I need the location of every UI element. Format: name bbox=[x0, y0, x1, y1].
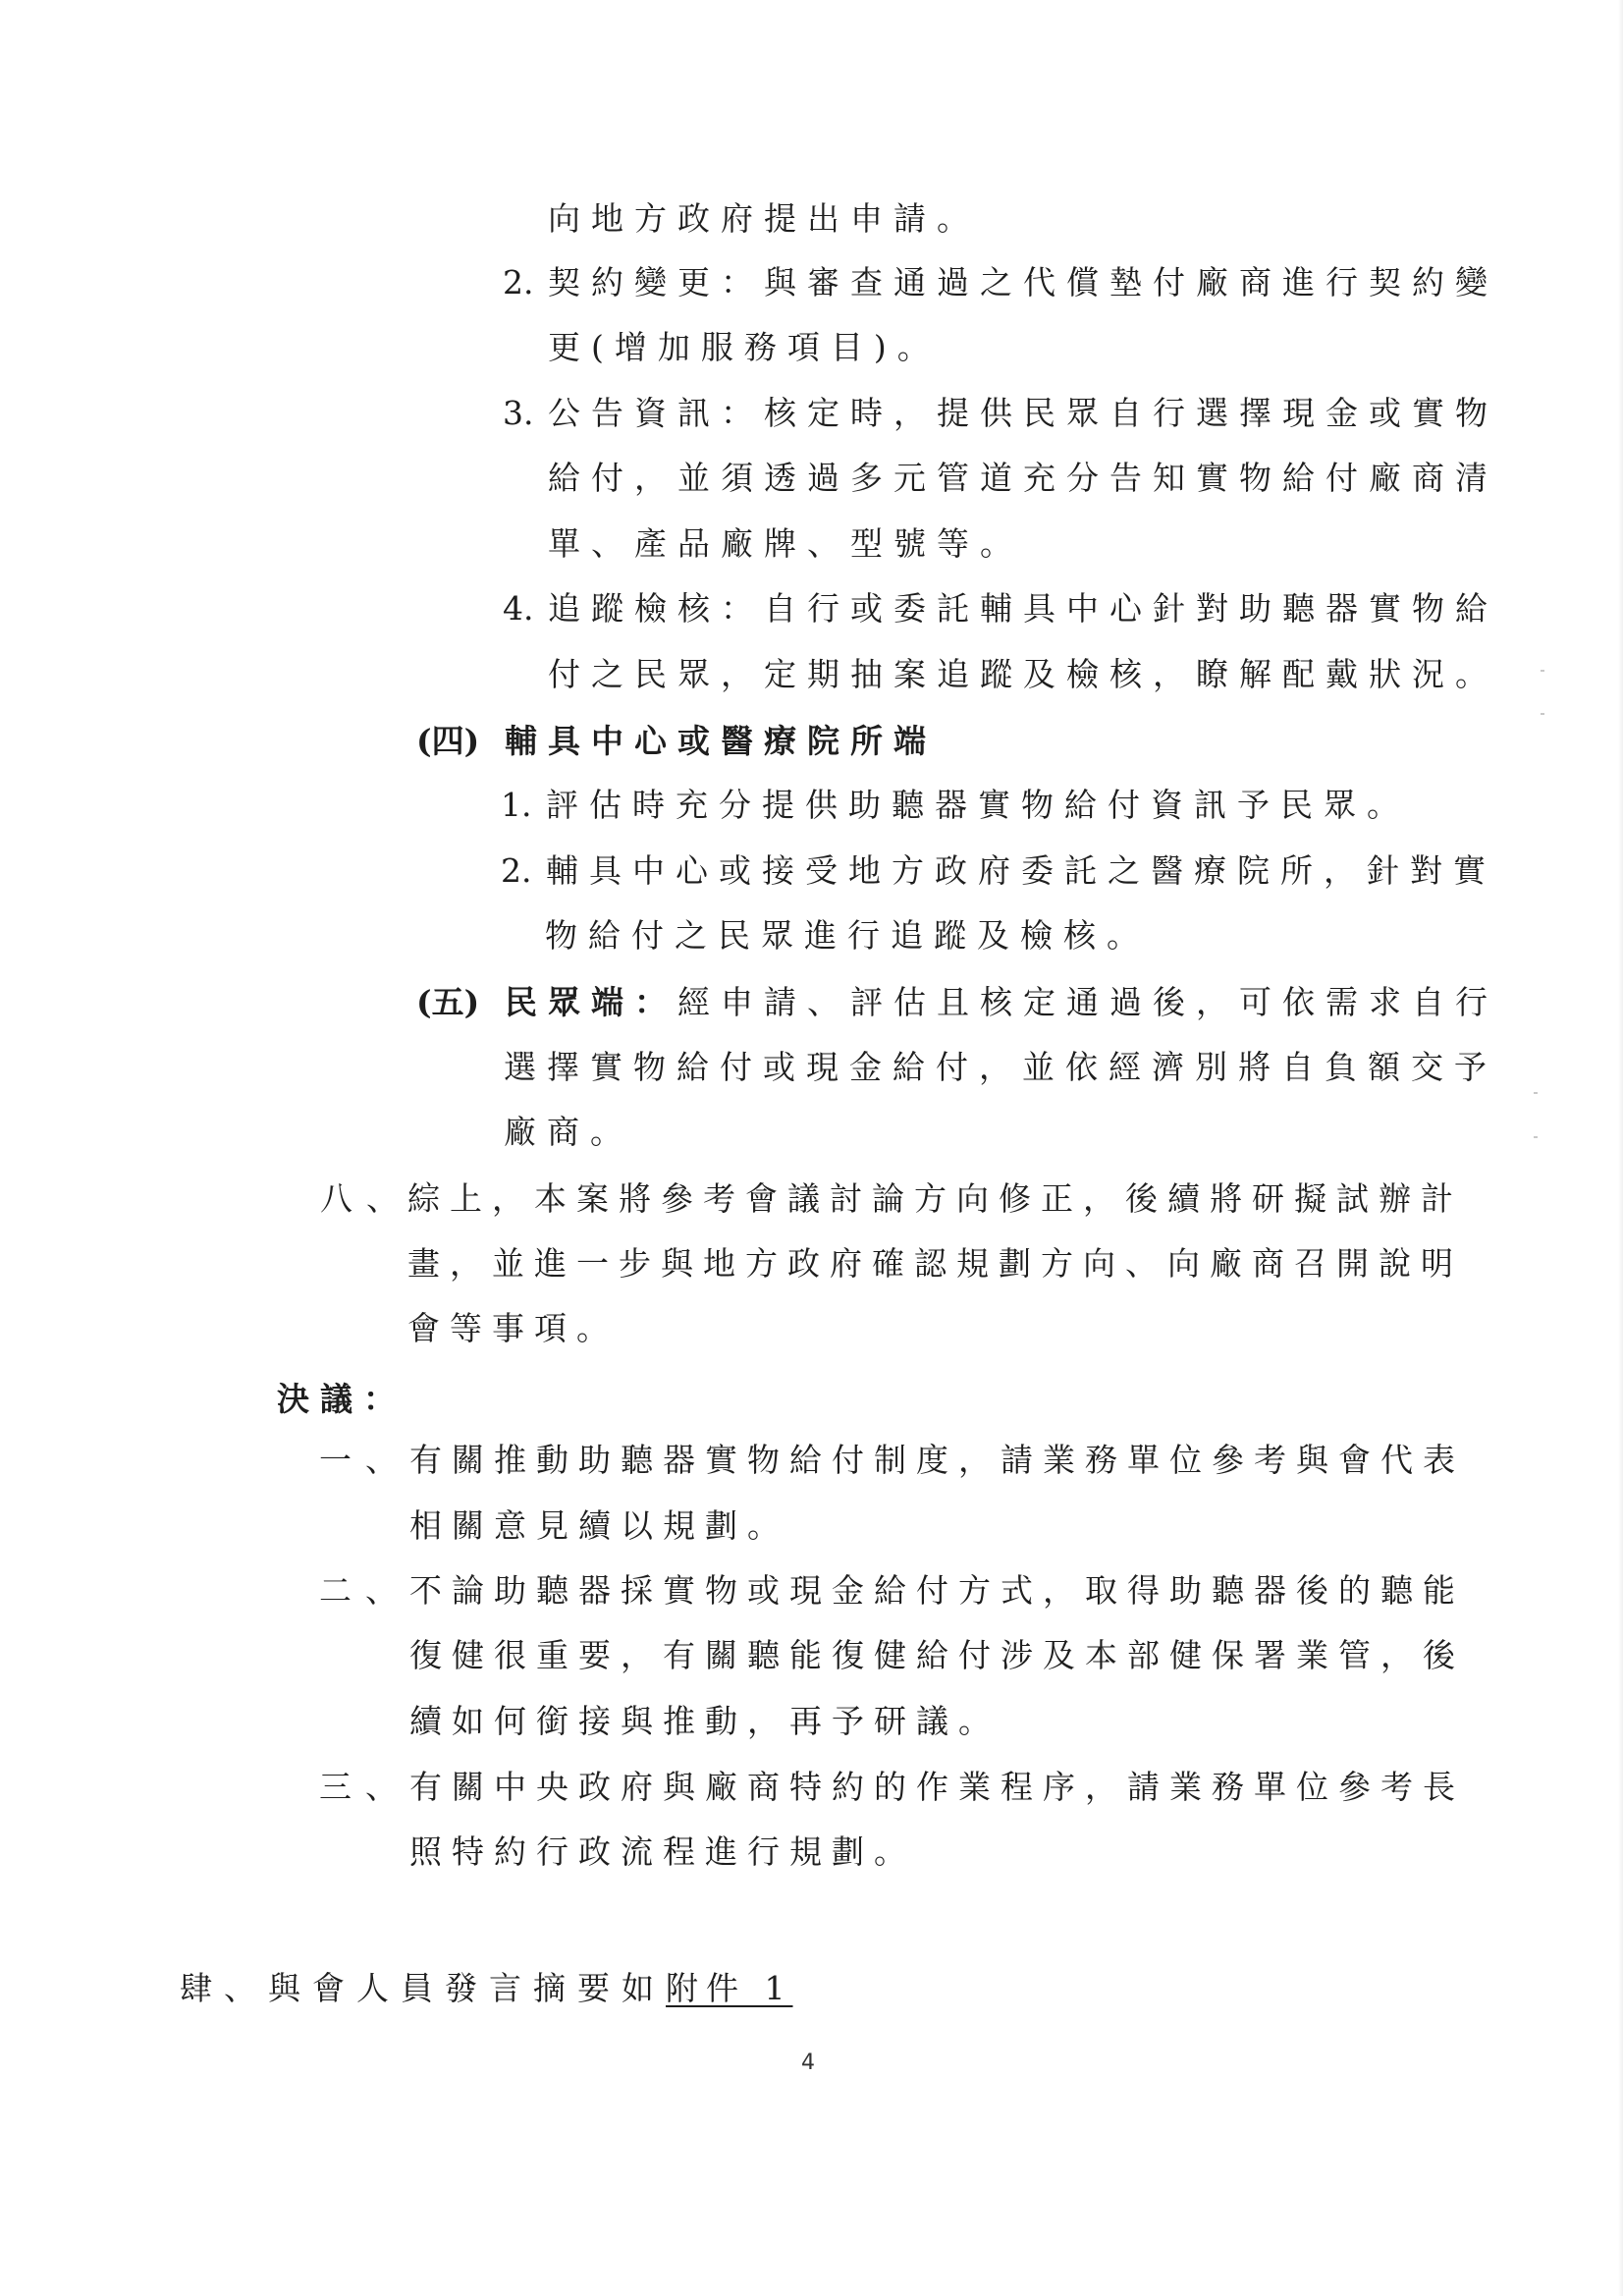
paragraph-line: 更(增加服務項目)。 bbox=[548, 328, 941, 367]
scan-speck bbox=[1541, 670, 1544, 672]
paragraph-line: 廠商。 bbox=[504, 1113, 633, 1152]
section-heading-public: (五)民眾端：經申請、評估且核定通過後，可依需求自行 bbox=[416, 983, 1498, 1022]
section-marker: (五) bbox=[416, 983, 505, 1022]
line-text: 追蹤檢核：自行或委託輔具中心針對助聽器實物給 bbox=[548, 589, 1498, 628]
list-marker: 三、 bbox=[319, 1768, 409, 1807]
list-item-contract-change: 2.契約變更：與審查通過之代償墊付廠商進行契約變 bbox=[503, 263, 1498, 302]
line-text: 選擇實物給付或現金給付，並依經濟別將自負額交予 bbox=[504, 1048, 1497, 1086]
paragraph-line: 單、產品廠牌、型號等。 bbox=[548, 524, 1023, 564]
list-item-tracking: 4.追蹤檢核：自行或委託輔具中心針對助聽器實物給 bbox=[503, 589, 1498, 629]
list-marker: 八、 bbox=[320, 1179, 407, 1219]
list-item-summary: 八、綜上，本案將參考會議討論方向修正，後續將研擬試辦計 bbox=[320, 1179, 1463, 1219]
resolution-item-2: 二、不論助聽器採實物或現金給付方式，取得助聽器後的聽能 bbox=[319, 1571, 1465, 1611]
attachment-note-text: 肆、與會人員發言摘要如 bbox=[180, 1969, 666, 2007]
section-title: 輔具中心或醫療院所端 bbox=[505, 722, 937, 760]
attachment-note: 肆、與會人員發言摘要如附件 1 bbox=[180, 1969, 793, 2008]
line-text: 給付，並須透過多元管道充分告知實物給付廠商清 bbox=[548, 459, 1498, 497]
paragraph-line: 會等事項。 bbox=[407, 1309, 619, 1348]
scan-speck bbox=[1541, 713, 1544, 715]
line-text: 契約變更：與審查通過之代償墊付廠商進行契約變 bbox=[548, 263, 1498, 301]
line-text: 會等事項。 bbox=[407, 1309, 619, 1347]
paragraph-line: 物給付之民眾進行追蹤及檢核。 bbox=[545, 916, 1150, 956]
attachment-link[interactable]: 附件 1 bbox=[666, 1969, 793, 2007]
page-number: 4 bbox=[801, 2050, 815, 2076]
list-marker: 一、 bbox=[319, 1441, 409, 1480]
line-text: 復健很重要，有關聽能復健給付涉及本部健保署業管，後 bbox=[409, 1636, 1465, 1674]
paragraph-line: 給付，並須透過多元管道充分告知實物給付廠商清 bbox=[548, 459, 1498, 498]
line-text: 物給付之民眾進行追蹤及檢核。 bbox=[545, 916, 1150, 955]
list-marker: 1. bbox=[501, 786, 546, 825]
line-text: 有關推動助聽器實物給付制度，請業務單位參考與會代表 bbox=[409, 1441, 1465, 1479]
paragraph-line: 向地方政府提出申請。 bbox=[548, 199, 980, 239]
scan-speck bbox=[1534, 1136, 1538, 1138]
line-text: 綜上，本案將參考會議討論方向修正，後續將研擬試辦計 bbox=[407, 1179, 1463, 1218]
list-marker: 2. bbox=[503, 263, 548, 302]
section-marker: (四) bbox=[416, 722, 505, 761]
paragraph-line: 復健很重要，有關聽能復健給付涉及本部健保署業管，後 bbox=[409, 1636, 1465, 1675]
list-item-public-announcement: 3.公告資訊：核定時，提供民眾自行選擇現金或實物 bbox=[503, 394, 1498, 433]
list-marker: 4. bbox=[503, 589, 548, 629]
line-text: 評估時充分提供助聽器實物給付資訊予民眾。 bbox=[546, 786, 1410, 824]
paragraph-line: 續如何銜接與推動，再予研議。 bbox=[409, 1702, 1001, 1741]
list-marker: 二、 bbox=[319, 1571, 409, 1611]
paragraph-line: 相關意見續以規劃。 bbox=[409, 1506, 789, 1546]
paragraph-line: 選擇實物給付或現金給付，並依經濟別將自負額交予 bbox=[504, 1048, 1497, 1087]
line-text: 更(增加服務項目)。 bbox=[548, 328, 941, 366]
paragraph-line: 照特約行政流程進行規劃。 bbox=[409, 1832, 916, 1872]
list-marker: 2. bbox=[501, 851, 546, 891]
line-text: 公告資訊：核定時，提供民眾自行選擇現金或實物 bbox=[548, 394, 1498, 432]
resolution-heading: 決議： bbox=[277, 1380, 406, 1419]
line-text: 相關意見續以規劃。 bbox=[409, 1506, 789, 1545]
section-title: 民眾端： bbox=[505, 983, 677, 1021]
line-text: 廠商。 bbox=[504, 1113, 633, 1151]
line-text: 照特約行政流程進行規劃。 bbox=[409, 1832, 916, 1871]
line-text: 續如何銜接與推動，再予研議。 bbox=[409, 1702, 1001, 1740]
paragraph-line: 畫，並進一步與地方政府確認規劃方向、向廠商召開說明 bbox=[407, 1244, 1463, 1284]
list-marker: 3. bbox=[503, 394, 548, 433]
paragraph-line: 付之民眾，定期抽案追蹤及檢核，瞭解配戴狀況。 bbox=[548, 655, 1498, 694]
list-item-evaluation: 1.評估時充分提供助聽器實物給付資訊予民眾。 bbox=[501, 786, 1410, 825]
line-text: 輔具中心或接受地方政府委託之醫療院所，針對實 bbox=[546, 851, 1496, 890]
resolution-item-1: 一、有關推動助聽器實物給付制度，請業務單位參考與會代表 bbox=[319, 1441, 1465, 1480]
line-text: 付之民眾，定期抽案追蹤及檢核，瞭解配戴狀況。 bbox=[548, 655, 1498, 693]
line-text: 不論助聽器採實物或現金給付方式，取得助聽器後的聽能 bbox=[409, 1571, 1465, 1610]
line-text: 經申請、評估且核定通過後，可依需求自行 bbox=[677, 983, 1498, 1021]
line-text: 畫，並進一步與地方政府確認規劃方向、向廠商召開說明 bbox=[407, 1244, 1463, 1283]
line-text: 向地方政府提出申請。 bbox=[548, 199, 980, 238]
resolution-heading-text: 決議： bbox=[277, 1380, 406, 1418]
section-heading-assistive-center: (四)輔具中心或醫療院所端 bbox=[416, 722, 937, 761]
document-page: 向地方政府提出申請。 2.契約變更：與審查通過之代償墊付廠商進行契約變 更(增加… bbox=[0, 0, 1623, 2296]
scan-speck bbox=[1534, 1092, 1538, 1094]
line-text: 有關中央政府與廠商特約的作業程序，請業務單位參考長 bbox=[409, 1768, 1465, 1806]
resolution-item-3: 三、有關中央政府與廠商特約的作業程序，請業務單位參考長 bbox=[319, 1768, 1465, 1807]
list-item-follow-up: 2.輔具中心或接受地方政府委託之醫療院所，針對實 bbox=[501, 851, 1496, 891]
scan-edge-shade bbox=[1618, 0, 1623, 2296]
line-text: 單、產品廠牌、型號等。 bbox=[548, 524, 1023, 563]
